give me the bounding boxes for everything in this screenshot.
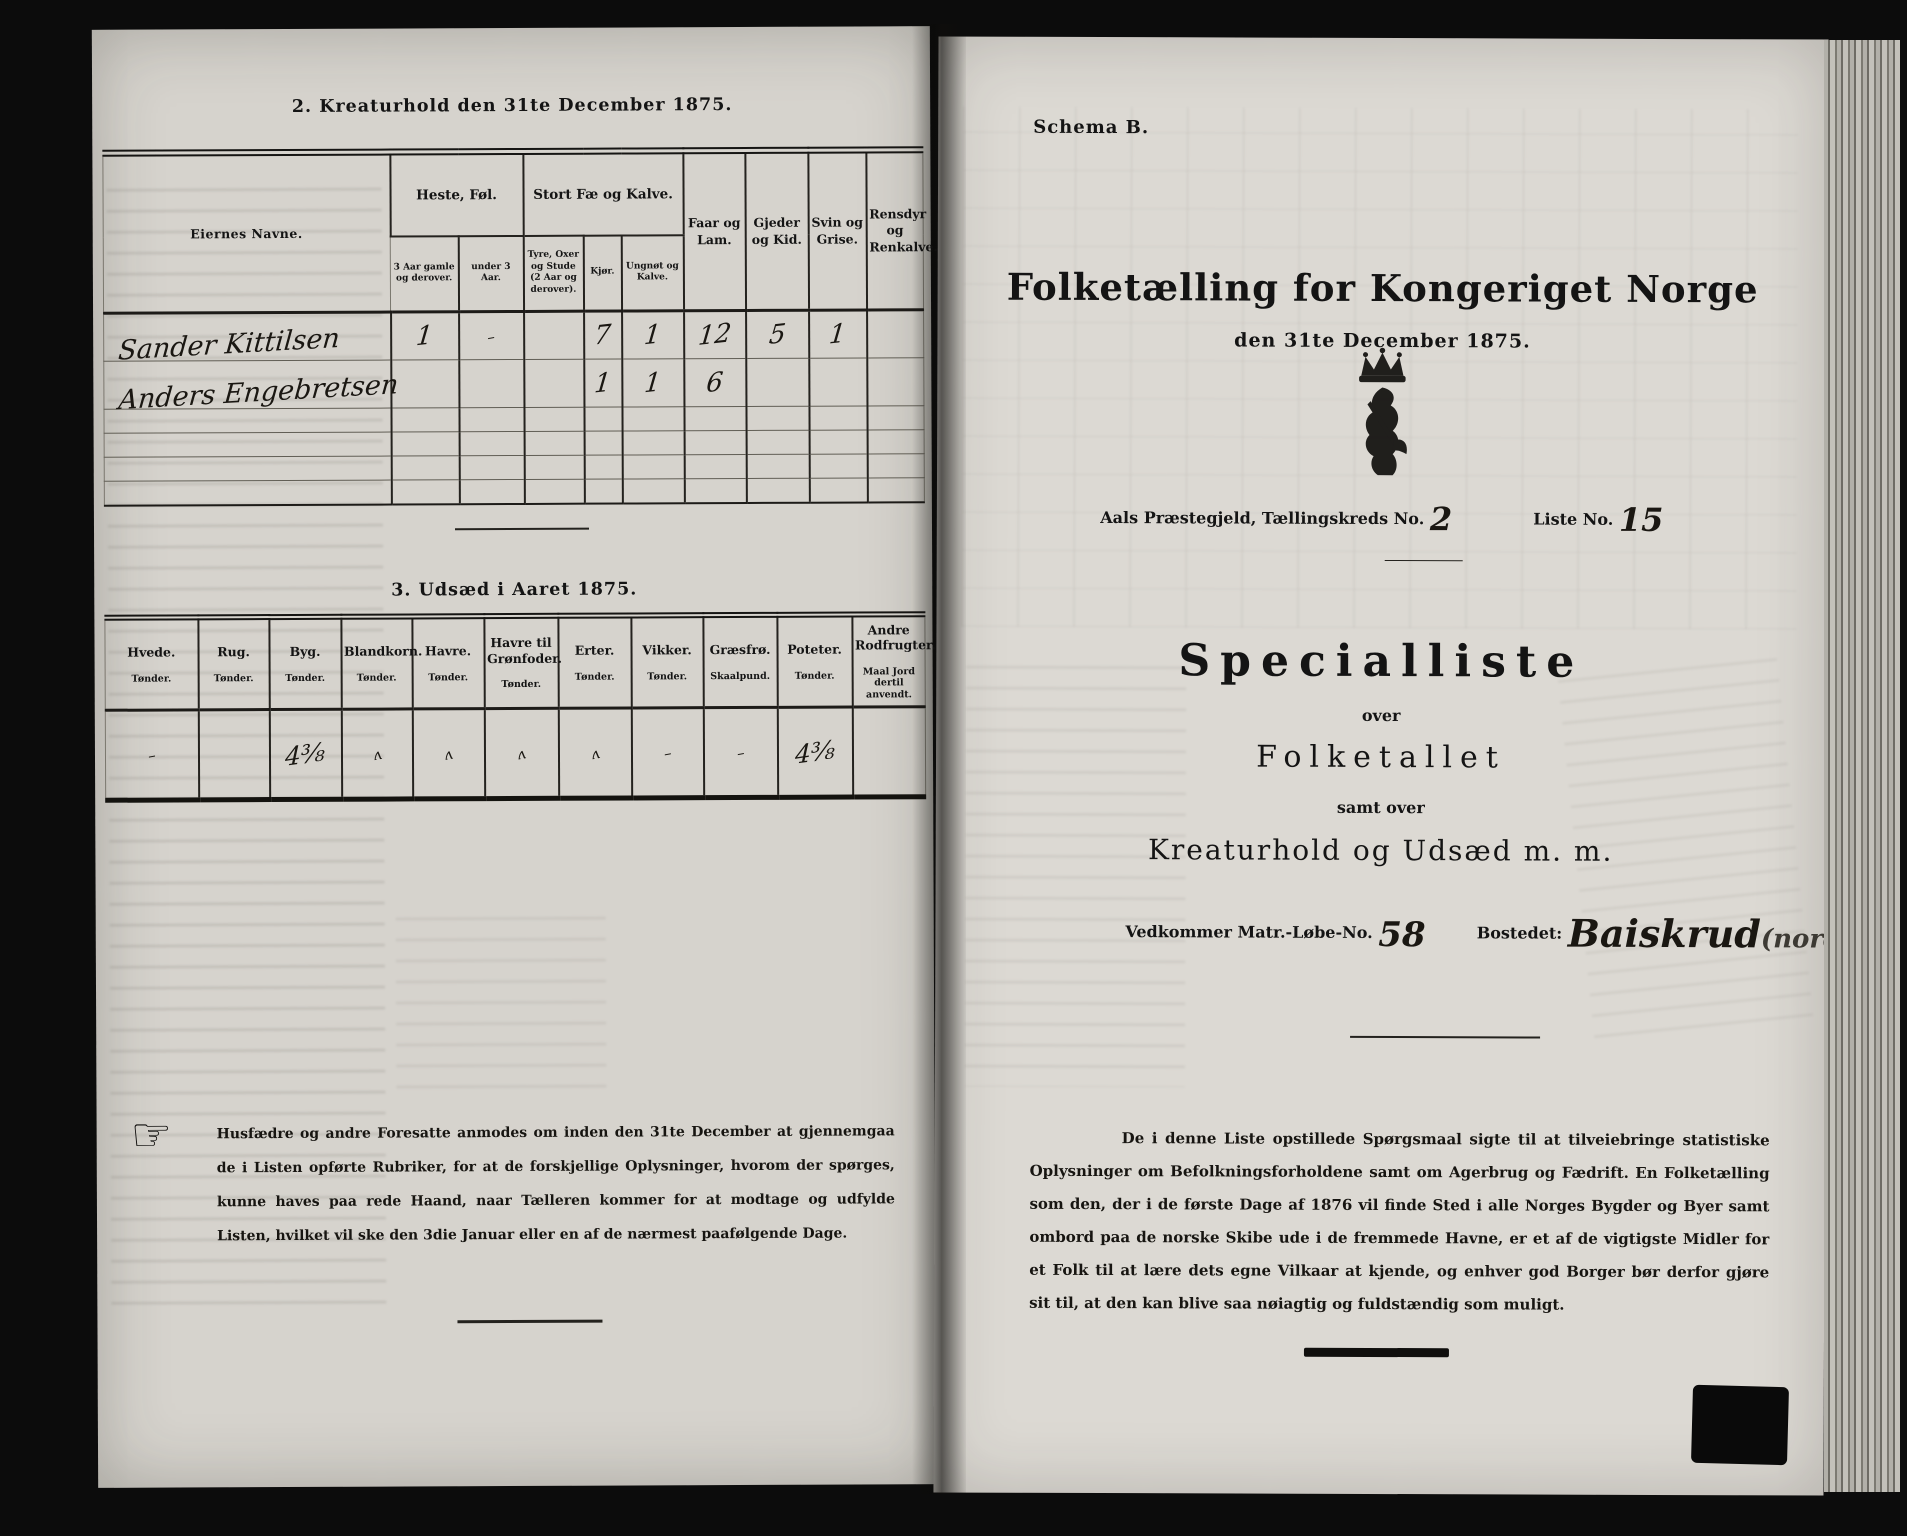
col-header-young-cattle: Ungnøt og Kalve.	[621, 235, 683, 311]
cell-entry: 7	[593, 319, 613, 351]
seed-table: Hvede. Tønder. Rug. Tønder. Byg. Tønder.…	[104, 611, 926, 803]
cell-entry: 1	[415, 320, 435, 352]
col-header-grass-seed: Græsfrø. Skaalpund.	[703, 615, 777, 708]
col-header-potatoes: Poteter. Tønder.	[777, 615, 852, 708]
col-header-peas: Erter. Tønder.	[558, 615, 631, 708]
district-underline	[1385, 560, 1463, 561]
cell-entry: ʌ	[443, 744, 455, 763]
cell-entry: 1	[828, 318, 848, 350]
livestock-table: Eiernes Navne. Heste, Føl. Stort Fæ og K…	[102, 146, 925, 506]
col-group-cattle: Stort Fæ og Kalve.	[523, 151, 683, 236]
col-header-sheep: Faar og Lam.	[683, 150, 746, 310]
footnote-text: Husfædre og andre Foresatte anmodes om i…	[217, 1114, 896, 1253]
info-paragraph: De i denne Liste opstillede Spørgsmaal s…	[1029, 1122, 1770, 1323]
speciallist-kreaturhold: Kreaturhold og Udsæd m. m.	[936, 832, 1826, 868]
cell-entry: ʌ	[516, 744, 528, 763]
residence-label: Bostedet:	[1477, 923, 1563, 942]
list-number-entry: 15	[1619, 501, 1664, 539]
col-header-bulls-oxen: Tyre, Oxer og Stude (2 Aar og derover).	[523, 235, 583, 311]
col-header-horses-young: under 3 Aar.	[458, 235, 523, 311]
col-group-horses: Heste, Føl.	[390, 151, 523, 236]
col-header-wheat: Hvede. Tønder.	[105, 617, 198, 710]
speciallist-over: over	[936, 704, 1826, 726]
table-row: Sander Kittilsen 1 – 7 1 12 5 1	[104, 310, 924, 362]
table-row: Anders Engebretsen 1 1 6	[104, 358, 924, 410]
coat-of-arms-norway	[1345, 346, 1420, 490]
col-header-pigs: Svin og Grise.	[808, 150, 867, 310]
col-header-barley: Byg. Tønder.	[269, 617, 341, 710]
speciallist-samt-over: samt over	[936, 796, 1826, 818]
cell-entry: –	[146, 746, 157, 765]
col-header-owner: Eiernes Navne.	[103, 152, 391, 313]
cell-entry: ʌ	[371, 744, 383, 763]
parish-label: Aals Præstegjeld, Tællingskreds No.	[1100, 508, 1424, 528]
col-header-rye: Rug. Tønder.	[198, 617, 269, 710]
col-header-goats: Gjeder og Kid.	[745, 150, 809, 310]
schema-label: Schema B.	[1033, 117, 1149, 138]
divider-rule	[455, 528, 589, 531]
table-row-empty	[104, 478, 924, 506]
right-page: Schema B. Folketælling for Kongeriget No…	[933, 36, 1828, 1495]
matrikkel-label: Vedkommer Matr.-Løbe-No.	[1125, 922, 1372, 942]
book-gutter-shadow	[912, 24, 966, 1494]
cell-entry: 1	[643, 367, 663, 399]
page-tear-shadow	[1691, 1385, 1789, 1465]
cell-entry: 1	[593, 367, 613, 399]
col-header-cows: Kjør.	[583, 235, 621, 311]
speciallist-folketallet: Folketallet	[936, 738, 1826, 776]
col-header-oats: Havre. Tønder.	[412, 616, 484, 709]
cell-entry: 6	[705, 366, 725, 398]
cell-entry: –	[662, 743, 673, 762]
matrikkel-number-entry: 58	[1378, 915, 1425, 955]
district-line: Aals Præstegjeld, Tællingskreds No. 2 Li…	[937, 498, 1827, 539]
page-title: Folketælling for Kongeriget Norge	[938, 264, 1828, 311]
table-row-empty	[104, 430, 924, 458]
cell-entry: 5	[767, 319, 787, 351]
cell-entry: 1	[643, 319, 663, 351]
cell-entry: 12	[697, 318, 733, 352]
divider-rule	[457, 1320, 602, 1324]
col-header-horses-adult: 3 Aar gamle og derover.	[390, 236, 458, 312]
col-header-vetches: Vikker. Tønder.	[631, 615, 703, 708]
manicule-icon: ☞	[131, 1111, 172, 1157]
col-header-oats-fodder: Havre til Grønfoder. Tønder.	[484, 616, 558, 709]
seed-values-row: – 4⅜ ʌ ʌ ʌ ʌ – – 4⅜	[105, 707, 925, 801]
speciallist-title: Specialliste	[936, 634, 1826, 688]
cell-entry: 4⅜	[285, 736, 326, 771]
divider-rule	[1350, 1036, 1540, 1039]
col-header-mixed-grain: Blandkorn. Tønder.	[341, 616, 412, 709]
cell-entry: –	[735, 743, 746, 762]
residence-entry: Baiskrud	[1568, 911, 1761, 957]
district-number-entry: 2	[1430, 500, 1452, 538]
seed-table-title: 3. Udsæd i Aaret 1875.	[104, 578, 924, 602]
cell-entry: –	[486, 327, 497, 346]
table-row-empty	[104, 454, 924, 482]
page-stack-edges	[1824, 40, 1900, 1492]
livestock-table-title: 2. Kreaturhold den 31te December 1875.	[102, 94, 922, 118]
left-page: 2. Kreaturhold den 31te December 1875. E…	[92, 26, 936, 1488]
list-label: Liste No.	[1533, 510, 1613, 529]
cell-entry: ʌ	[589, 744, 601, 763]
bleed-through-text	[396, 908, 607, 1089]
matrikkel-line: Vedkommer Matr.-Løbe-No. 58 Bostedet: Ba…	[1125, 909, 1825, 956]
cell-entry: 4⅜	[795, 734, 836, 769]
census-scan: 2. Kreaturhold den 31te December 1875. E…	[0, 0, 1907, 1536]
end-rule	[1304, 1348, 1449, 1358]
